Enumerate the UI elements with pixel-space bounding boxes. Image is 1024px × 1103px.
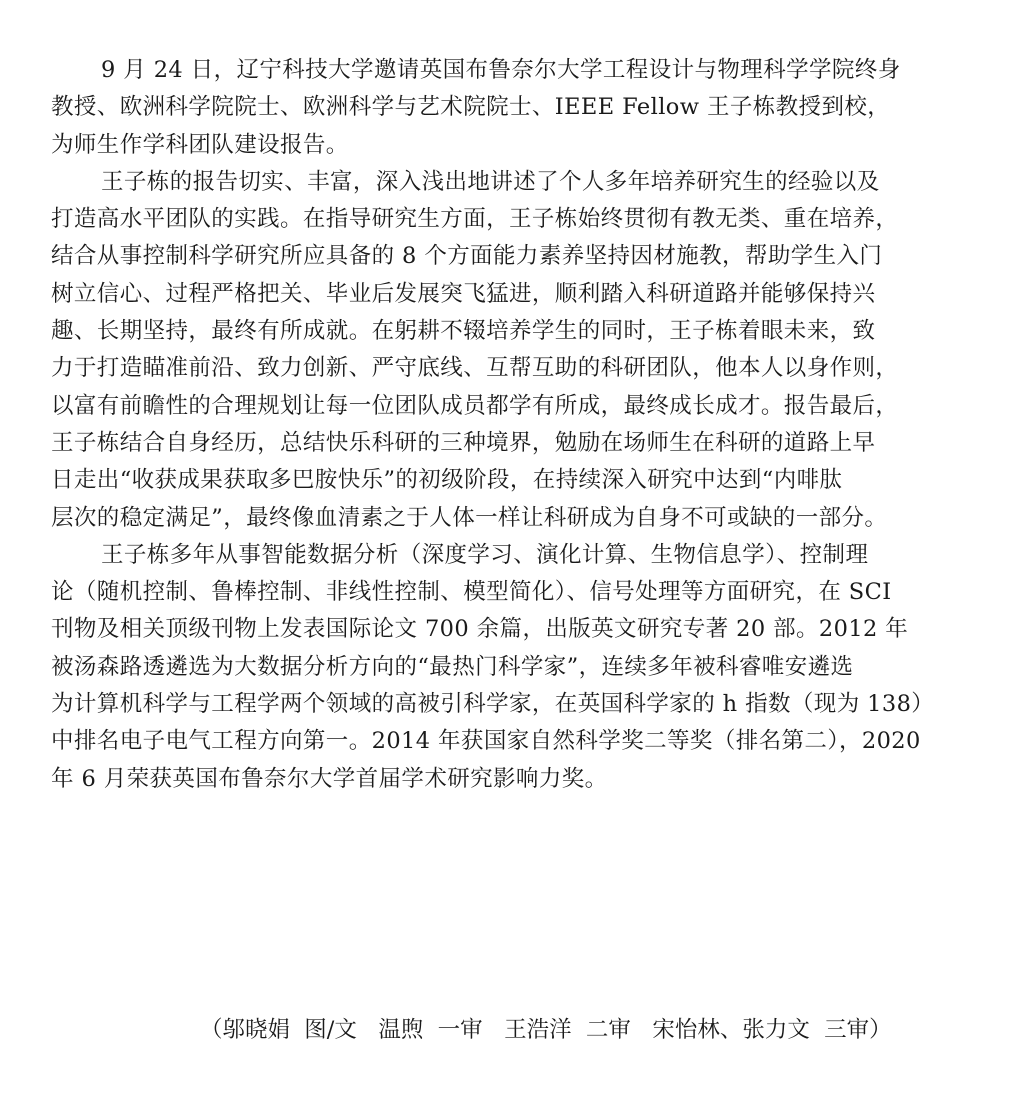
paragraph-2-line-10: 层次的稳定满足”，最终像血清素之于人体一样让科研成为自身不可或缺的一部分。 (51, 500, 973, 537)
paragraph-1-line-1: 9 月 24 日，辽宁科技大学邀请英国布鲁奈尔大学工程设计与物理科学学院终身 (51, 52, 973, 89)
paragraph-3-line-7: 年 6 月荣获英国布鲁奈尔大学首届学术研究影响力奖。 (51, 761, 973, 798)
paragraph-1-line-2: 教授、欧洲科学院院士、欧洲科学与艺术院院士、IEEE Fellow 王子栋教授到… (51, 89, 973, 126)
paragraph-3-line-1: 王子栋多年从事智能数据分析（深度学习、演化计算、生物信息学）、控制理 (51, 537, 973, 574)
paragraph-3-line-5: 为计算机科学与工程学两个领域的高被引科学家，在英国科学家的 h 指数（现为 13… (51, 686, 973, 723)
paragraph-3-line-3: 刊物及相关顶级刊物上发表国际论文 700 余篇，出版英文研究专著 20 部。20… (51, 611, 973, 648)
paragraph-2-line-8: 王子栋结合自身经历，总结快乐科研的三种境界，勉励在场师生在科研的道路上早 (51, 425, 973, 462)
paragraph-2-line-2: 打造高水平团队的实践。在指导研究生方面，王子栋始终贯彻有教无类、重在培养， (51, 201, 973, 238)
paragraph-3-line-6: 中排名电子电气工程方向第一。2014 年获国家自然科学奖二等奖（排名第二），20… (51, 723, 973, 760)
article-body: 9 月 24 日，辽宁科技大学邀请英国布鲁奈尔大学工程设计与物理科学学院终身 教… (51, 52, 973, 798)
paragraph-2-line-1: 王子栋的报告切实、丰富，深入浅出地讲述了个人多年培养研究生的经验以及 (51, 164, 973, 201)
paragraph-3-line-4: 被汤森路透遴选为大数据分析方向的“最热门科学家”，连续多年被科睿唯安遴选 (51, 649, 973, 686)
paragraph-2-line-5: 趣、长期坚持，最终有所成就。在躬耕不辍培养学生的同时，王子栋着眼未来，致 (51, 313, 973, 350)
paragraph-1-line-3: 为师生作学科团队建设报告。 (51, 127, 973, 164)
paragraph-3-line-2: 论（随机控制、鲁棒控制、非线性控制、模型简化）、信号处理等方面研究，在 SCI (51, 574, 973, 611)
paragraph-2-line-6: 力于打造瞄准前沿、致力创新、严守底线、互帮互助的科研团队，他本人以身作则， (51, 350, 973, 387)
paragraph-2-line-4: 树立信心、过程严格把关、毕业后发展突飞猛进，顺利踏入科研道路并能够保持兴 (51, 276, 973, 313)
paragraph-2-line-9: 日走出“收获成果获取多巴胺快乐”的初级阶段，在持续深入研究中达到“内啡肽 (51, 462, 973, 499)
editorial-credits: （邬晓娟 图/文 温煦 一审 王浩洋 二审 宋怡林、张力文 三审） (200, 1012, 892, 1049)
paragraph-2-line-7: 以富有前瞻性的合理规划让每一位团队成员都学有所成，最终成长成才。报告最后， (51, 388, 973, 425)
paragraph-2-line-3: 结合从事控制科学研究所应具备的 8 个方面能力素养坚持因材施教，帮助学生入门 (51, 238, 973, 275)
